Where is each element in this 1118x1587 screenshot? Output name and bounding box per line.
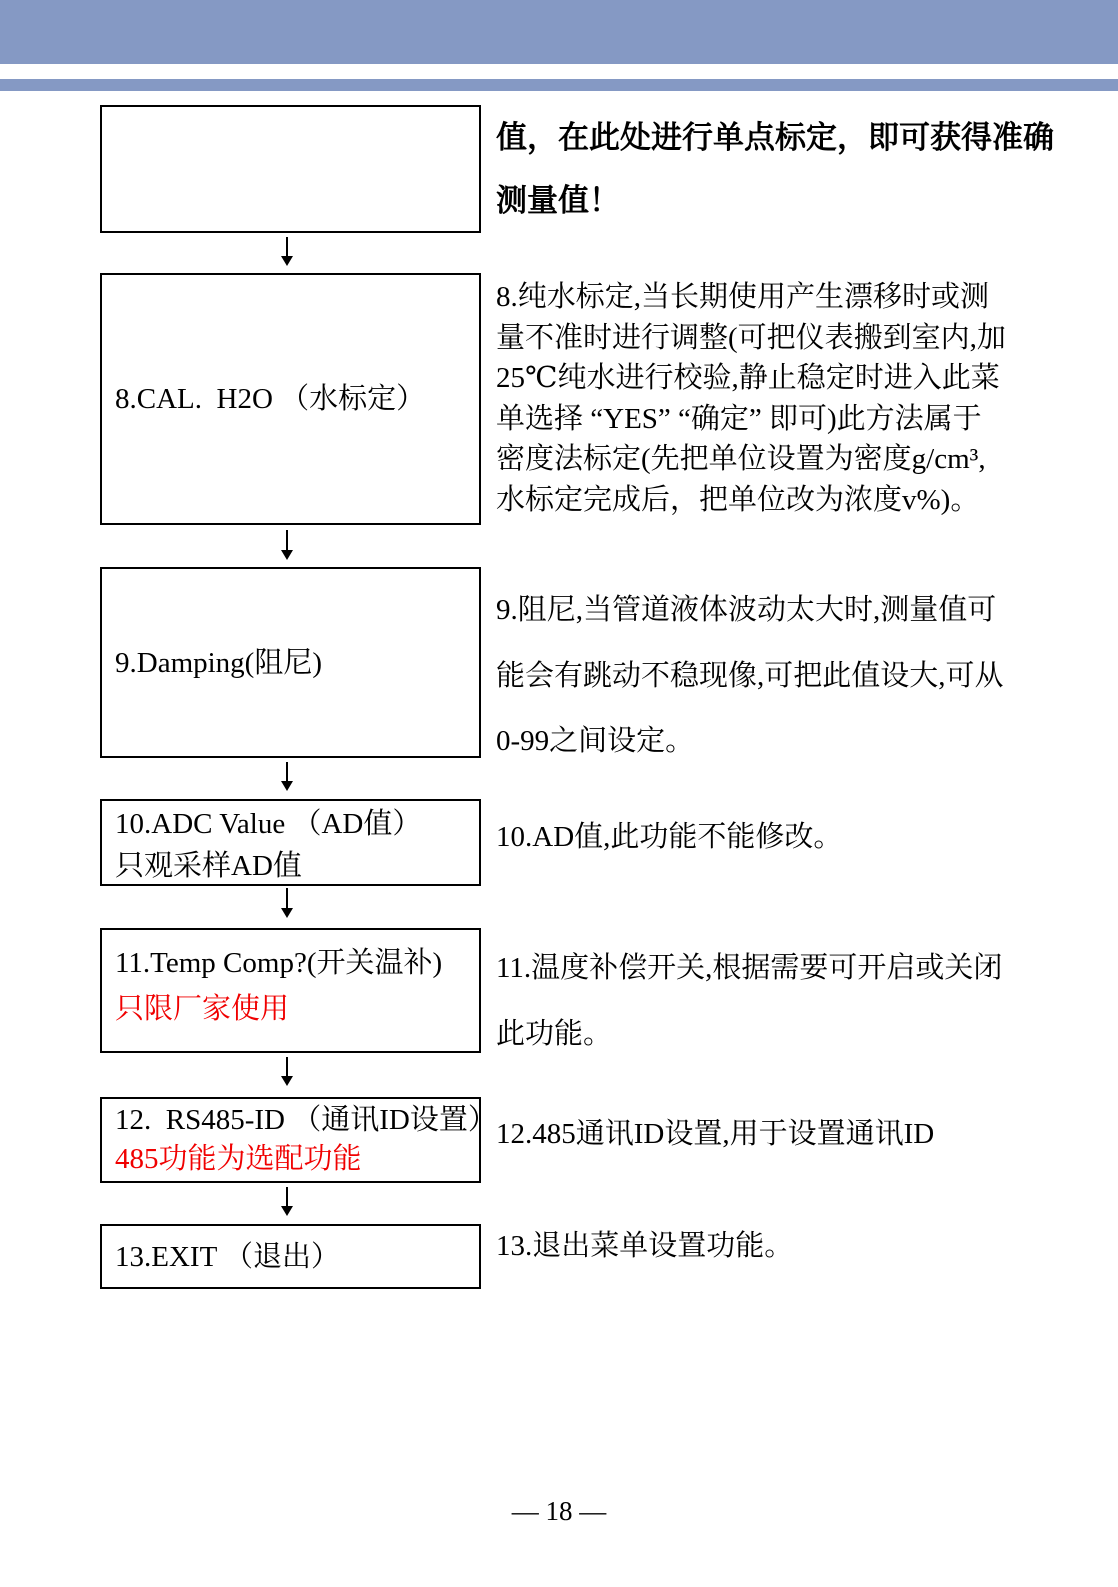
flow-box-sublabel: 只观采样AD值 bbox=[102, 845, 479, 887]
header-stripe bbox=[0, 79, 1118, 91]
flow-box-cal-h2o: 8.CAL. H2O （水标定） bbox=[100, 273, 481, 525]
flow-box-damping: 9.Damping(阻尼) bbox=[100, 567, 481, 758]
down-arrow-icon bbox=[279, 237, 295, 266]
description-line: 此功能。 bbox=[496, 1002, 1096, 1068]
down-arrow-icon bbox=[279, 530, 295, 560]
page-number: — 18 — bbox=[0, 1496, 1118, 1527]
description-line: 量不准时进行调整(可把仪表搬到室内,加 bbox=[496, 318, 1096, 359]
down-arrow-icon bbox=[279, 1057, 295, 1086]
description-item11: 11.温度补偿开关,根据需要可开启或关闭 此功能。 bbox=[496, 936, 1096, 1067]
flow-box-warning: 485功能为选配功能 bbox=[102, 1140, 479, 1179]
description-line: 25℃纯水进行校验,静止稳定时进入此菜 bbox=[496, 358, 1096, 399]
flow-box-label: 11.Temp Comp?(开关温补) bbox=[102, 940, 479, 986]
description-item10: 10.AD值,此功能不能修改。 bbox=[496, 820, 1096, 854]
manual-page: 8.CAL. H2O （水标定） 9.Damping(阻尼) 10.ADC Va… bbox=[0, 0, 1118, 1587]
description-line: 单选择 “YES” “确定” 即可)此方法属于 bbox=[496, 399, 1096, 440]
description-line: 0-99之间设定。 bbox=[496, 709, 1096, 775]
flow-box-temp-comp: 11.Temp Comp?(开关温补) 只限厂家使用 bbox=[100, 928, 481, 1053]
description-line: 10.AD值,此功能不能修改。 bbox=[496, 820, 1096, 854]
flow-box-exit: 13.EXIT （退出） bbox=[100, 1224, 481, 1289]
flow-box-label: 12. RS485-ID （通讯ID设置） bbox=[102, 1101, 479, 1140]
description-line: 9.阻尼,当管道液体波动太大时,测量值可 bbox=[496, 578, 1096, 644]
header-band bbox=[0, 0, 1118, 64]
flow-box-warning: 只限厂家使用 bbox=[102, 986, 479, 1032]
description-item13: 13.退出菜单设置功能。 bbox=[496, 1229, 1096, 1263]
description-line: 13.退出菜单设置功能。 bbox=[496, 1229, 1096, 1263]
description-line: 能会有跳动不稳现像,可把此值设大,可从 bbox=[496, 644, 1096, 710]
description-line: 12.485通讯ID设置,用于设置通讯ID bbox=[496, 1117, 1096, 1151]
intro-line: 测量值！ bbox=[496, 169, 1096, 232]
intro-line: 值，在此处进行单点标定，即可获得准确 bbox=[496, 106, 1096, 169]
down-arrow-icon bbox=[279, 1187, 295, 1216]
flow-box-label: 10.ADC Value （AD值） bbox=[102, 803, 479, 845]
description-item9: 9.阻尼,当管道液体波动太大时,测量值可 能会有跳动不稳现像,可把此值设大,可从… bbox=[496, 578, 1096, 775]
flow-box-label: 8.CAL. H2O （水标定） bbox=[102, 378, 479, 420]
down-arrow-icon bbox=[279, 762, 295, 791]
description-line: 11.温度补偿开关,根据需要可开启或关闭 bbox=[496, 936, 1096, 1002]
description-line: 密度法标定(先把单位设置为密度g/cm³, bbox=[496, 439, 1096, 480]
flow-box-empty bbox=[100, 105, 481, 233]
description-line: 8.纯水标定,当长期使用产生漂移时或测 bbox=[496, 277, 1096, 318]
description-item8: 8.纯水标定,当长期使用产生漂移时或测 量不准时进行调整(可把仪表搬到室内,加 … bbox=[496, 277, 1096, 520]
description-line: 水标定完成后，把单位改为浓度v%)。 bbox=[496, 480, 1096, 521]
flow-box-label: 9.Damping(阻尼) bbox=[102, 642, 479, 684]
flow-box-label: 13.EXIT （退出） bbox=[102, 1236, 479, 1278]
flow-box-rs485-id: 12. RS485-ID （通讯ID设置） 485功能为选配功能 bbox=[100, 1097, 481, 1183]
intro-paragraph: 值，在此处进行单点标定，即可获得准确 测量值！ bbox=[496, 106, 1096, 232]
down-arrow-icon bbox=[279, 888, 295, 918]
description-item12: 12.485通讯ID设置,用于设置通讯ID bbox=[496, 1117, 1096, 1151]
flow-box-adc-value: 10.ADC Value （AD值） 只观采样AD值 bbox=[100, 799, 481, 886]
